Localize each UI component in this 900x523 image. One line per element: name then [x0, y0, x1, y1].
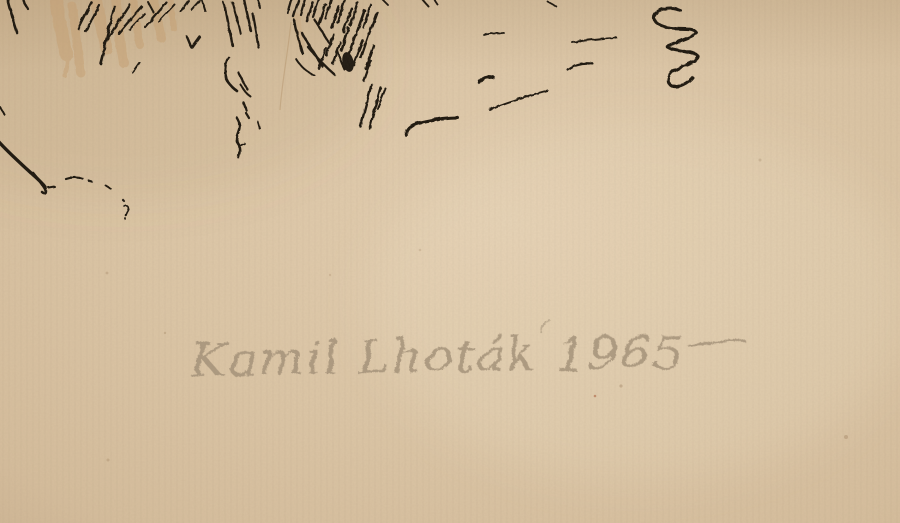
paper-grain — [0, 0, 900, 523]
ink-drawing-detail: Kamil Lhoták 1965 — [0, 0, 900, 523]
artwork-photo: Kamil Lhoták 1965 — [0, 0, 900, 523]
